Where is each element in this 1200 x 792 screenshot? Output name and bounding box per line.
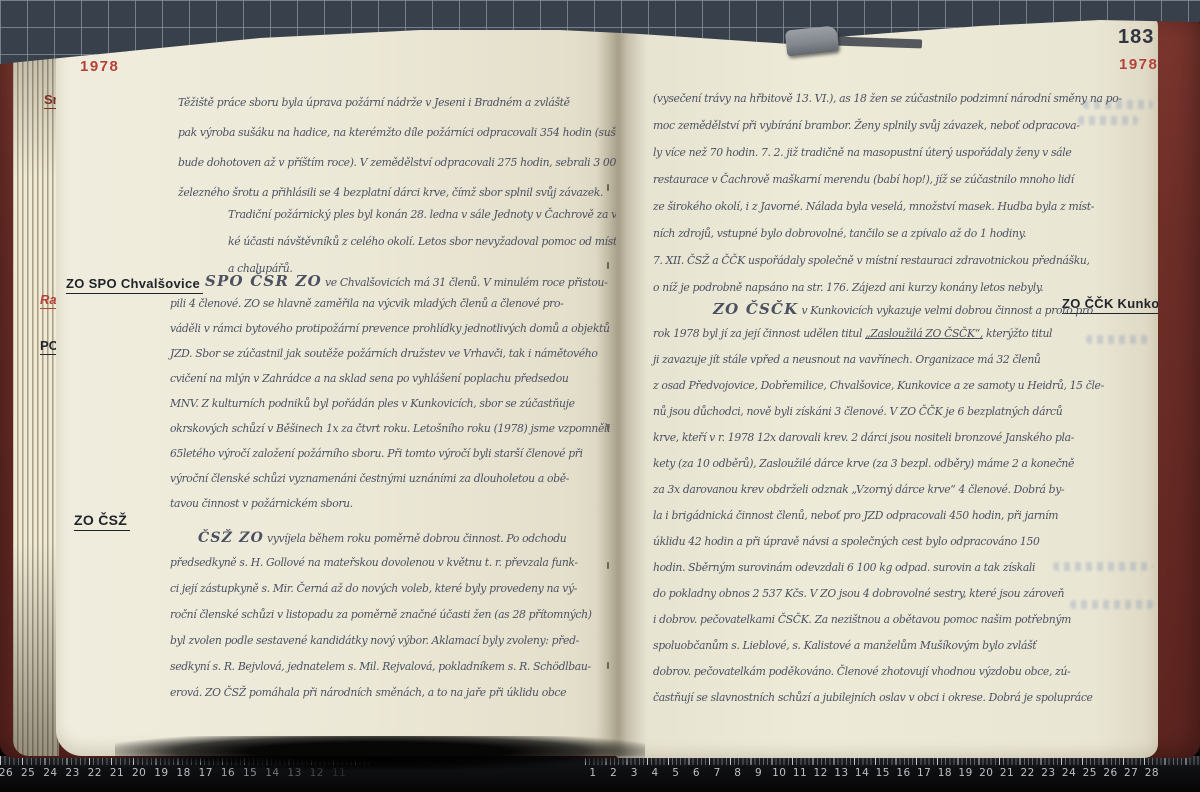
handwritten-line: roční členské schůzi v listopadu za pomě… [170,608,618,634]
handwritten-line: bude dohotoven až v příštím roce). V zem… [170,156,618,186]
cck-honorary-title: „Zasloužilá ZO ČSČK“, [865,327,983,340]
year-stamp-left: 1978 [80,58,119,75]
handwritten-line: dobrov. pečovatelkám poděkováno. Členové… [653,665,1105,691]
paragraph-women-union: (vysečení trávy na hřbitově 13. VI.), as… [653,92,1105,308]
handwritten-line: i dobrov. pečovatelkami ČSČK. Za nezištn… [653,613,1105,639]
ruler-number: 22 [1021,767,1035,779]
handwritten-line: předsedkyně s. H. Gollové na mateřskou d… [170,556,618,582]
ruler-number: 23 [1041,767,1055,779]
spo-first-line-rest: ve Chvalšovicích má 31 členů. V minulém … [322,276,608,289]
year-stamp-right: 1978 [1119,56,1158,73]
handwritten-line: do pokladny obnos 2 537 Kčs. V ZO jsou 4… [653,587,1105,613]
ruler-number: 17 [917,767,931,779]
handwritten-line: moc zemědělství při vybírání brambor. Že… [653,119,1105,146]
paragraph-spo-first-line: SPO ČSR ZO ve Chvalšovicích má 31 členů.… [170,272,618,297]
handwritten-line: ké účasti návštěvníků z celého okolí. Le… [170,235,618,262]
binding-stitch [607,662,609,669]
spo-opening-words: SPO ČSR ZO [205,272,322,290]
handwritten-line: hodin. Sběrným surovinám odevzdali 6 100… [653,561,1105,587]
ruler-number: 24 [43,767,57,779]
handwritten-line: JZD. Sbor se zúčastnil jak soutěže požár… [170,347,618,372]
handwritten-line: restaurace v Čachrově maškarní merendu (… [653,173,1105,200]
paragraph-fire-brigade-work: Těžiště práce sboru byla úprava požární … [170,96,618,216]
handwritten-line: úklidu 42 hodin a při úpravě návsi a spo… [653,535,1105,561]
handwritten-line: za 3x darovanou krev obdrželi odznak „Vz… [653,483,1105,509]
handwritten-line: byl zvolen podle sestavené kandidátky no… [170,634,618,660]
handwritten-line: MNV. Z kulturních podniků byl pořádán pl… [170,397,618,422]
paragraph-cck-body: ji zavazuje jít stále vpřed a neusnout n… [653,353,1105,717]
csz-opening-words: ČSŽ ZO [198,530,264,546]
ruler-number: 14 [855,767,869,779]
page-183: 183 1978 (vysečení trávy na hřbitově 13.… [616,16,1158,758]
ruler-number: 20 [979,767,993,779]
handwritten-line: spoluobčanům s. Lieblové, s. Kalistové a… [653,639,1105,665]
ruler-number: 13 [834,767,848,779]
ruler-number: 23 [65,767,79,779]
handwritten-line: la i brigádnická činnost členů, neboť pr… [653,509,1105,535]
handwritten-line: okrskových schůzí v Běšinech 1x za čtvrt… [170,422,618,447]
ruler-number: 8 [734,767,741,779]
ruler-number: 12 [814,767,828,779]
binding-stitch [607,262,609,269]
ruler-number: 26 [1103,767,1117,779]
paragraph-csz-body: předsedkyně s. H. Gollové na mateřskou d… [170,556,618,712]
binding-stitch [607,184,609,191]
page-number-right: 183 [1118,26,1154,49]
handwritten-line: cvičení na mlýn v Zahrádce a na sklad se… [170,372,618,397]
ruler-number: 6 [693,767,700,779]
page-edge-stack [13,50,59,756]
handwritten-line: sedkyní s. R. Bejvlová, jednatelem s. Mi… [170,660,618,686]
handwritten-line: pak výroba sušáku na hadice, na kterémžt… [170,126,618,156]
cck-opening-words: ZO ČSČK [713,300,798,318]
ruler-number: 9 [755,767,762,779]
ruler-number: 16 [896,767,910,779]
chronicle-photo-stage: 26252423222120191817161514131211 1234567… [0,0,1200,792]
handwritten-line: 7. XII. ČSŽ a ČČK uspořádaly společně v … [653,254,1105,281]
handwritten-line: pili 4 členové. ZO se hlavně zaměřila na… [170,297,618,322]
handwritten-line: ji zavazuje jít stále vpřed a neusnout n… [653,353,1105,379]
handwritten-line: tavou činnost v požárnickém sboru. [170,497,618,522]
ruler-number: 27 [1124,767,1138,779]
edge-label-ra: Ra [40,292,57,309]
ruler-number: 11 [793,767,807,779]
handwritten-line: častňují se slavnostních schůzí a jubile… [653,691,1105,717]
handwritten-line: výroční členské schůzi vyznamenáni čestn… [170,472,618,497]
handwritten-line: ních zdrojů, vstupné bylo dobrovolné, ta… [653,227,1105,254]
cck-first-line-rest: v Kunkovicích vykazuje velmi dobrou činn… [798,304,1093,317]
handwritten-line: ci její zástupkyně s. Mir. Černá až do n… [170,582,618,608]
ruler-number: 7 [714,767,721,779]
cck-title-line-post: kterýžto titul [983,327,1052,340]
ruler-number: 5 [672,767,679,779]
binding-stitch [607,562,609,569]
ruler-number: 26 [0,767,13,779]
ruler-number: 24 [1062,767,1076,779]
handwritten-line: Tradiční požárnický ples byl konán 28. l… [170,208,618,235]
paragraph-spo-body: pili 4 členové. ZO se hlavně zaměřila na… [170,297,618,522]
ruler-number: 19 [958,767,972,779]
handwritten-line: krve, kteří v r. 1978 12x darovali krev.… [653,431,1105,457]
handwritten-line: váděli v rámci bytového protipožární pre… [170,322,618,347]
ruler-number: 15 [876,767,890,779]
handwritten-line: kety (za 10 odběrů), Zasloužilé dárce kr… [653,457,1105,483]
ruler-number: 22 [88,767,102,779]
csz-first-line-rest: vyvíjela během roku poměrně dobrou činno… [264,532,566,545]
ruler-number: 25 [21,767,35,779]
book-gutter [596,20,648,756]
handwritten-line: ze širokého okolí, i z Javorné. Nálada b… [653,200,1105,227]
margin-heading-zo-csz: ZO ČSŽ [74,512,130,531]
ruler-number: 21 [1000,767,1014,779]
binding-stitch [607,424,609,431]
handwritten-line: erová. ZO ČSŽ pomáhala při národních smě… [170,686,618,712]
handwritten-line: ly více než 70 hodin. 7. 2. již tradičně… [653,146,1105,173]
handwritten-line: (vysečení trávy na hřbitově 13. VI.), as… [653,92,1105,119]
handwritten-line: Těžiště práce sboru byla úprava požární … [170,96,618,126]
page-182: 182 1978 Těžiště práce sboru byla úprava… [56,26,618,756]
ruler-number: 10 [772,767,786,779]
paragraph-cck-first-line: ZO ČSČK v Kunkovicích vykazuje velmi dob… [653,300,1105,326]
handwritten-line: z osad Předvojovice, Dobřemilice, Chvalš… [653,379,1105,405]
ruler-number: 4 [652,767,659,779]
paragraph-cck-title-line: rok 1978 byl jí za její činnost udělen t… [653,327,1105,353]
handwritten-line: 65letého výročí založení požárního sboru… [170,447,618,472]
handwritten-line: nů jsou důchodci, nově byli získáni 3 čl… [653,405,1105,431]
book-bottom-shadow [115,736,645,770]
ruler-number: 18 [938,767,952,779]
ruler-number: 28 [1145,767,1159,779]
ruler-number: 25 [1083,767,1097,779]
cck-title-line-pre: rok 1978 byl jí za její činnost udělen t… [653,327,865,340]
page-holder-clip [785,25,839,56]
paragraph-csz-first-line: ČSŽ ZO vyvíjela během roku poměrně dobro… [170,530,618,556]
